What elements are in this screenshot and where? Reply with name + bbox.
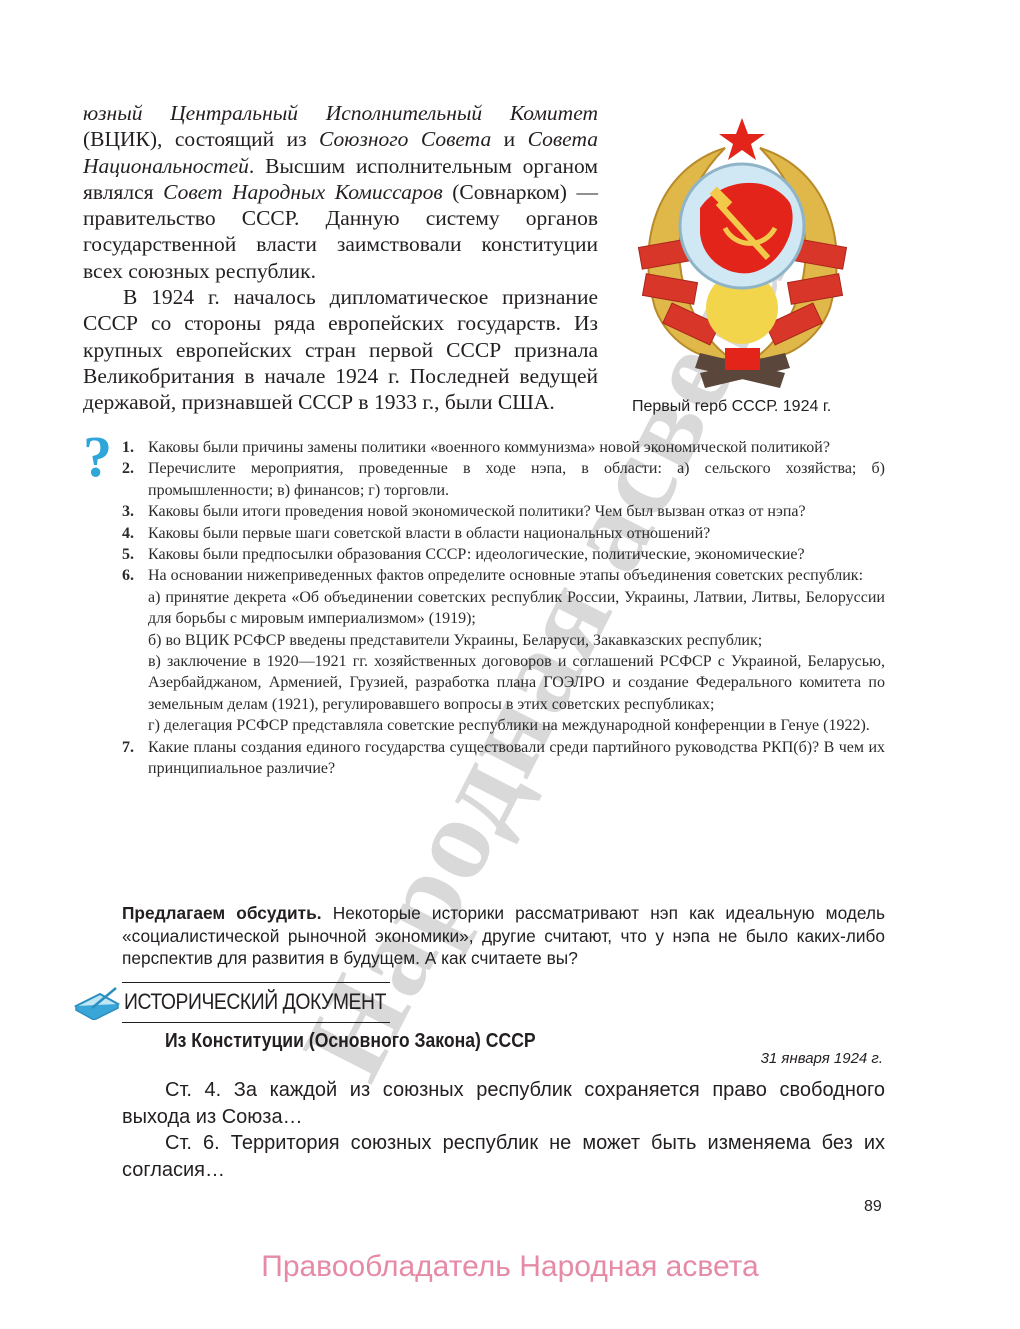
discussion-paragraph: Предлагаем обсудить. Некоторые историки … <box>122 902 885 970</box>
question-text: Какие планы создания единого государства… <box>148 739 885 777</box>
question-subitem: б) во ВЦИК РСФСР введены представители У… <box>148 630 885 651</box>
italic-term: Совет Народных Комиссаров <box>163 180 443 204</box>
discussion-lead: Предлагаем обсудить. <box>122 903 322 923</box>
historical-document-header: ИСТОРИЧЕСКИЙ ДОКУМЕНТ <box>72 982 392 1024</box>
question-number: 6. <box>122 565 134 586</box>
question-mark-icon: ? <box>83 428 112 486</box>
paragraph-2: В 1924 г. началось дипломатическое призн… <box>83 284 598 415</box>
question-item: 4.Каковы были первые шаги советской влас… <box>122 523 885 544</box>
italic-term: Союзного Совета <box>319 127 491 151</box>
question-text: Каковы были предпосылки образования СССР… <box>148 546 805 563</box>
question-item: 6.На основании нижеприведенных фактов оп… <box>122 565 885 736</box>
document-pen-icon <box>72 986 124 1020</box>
question-item: 7.Какие планы создания единого государст… <box>122 737 885 780</box>
page-number: 89 <box>864 1198 882 1216</box>
question-number: 2. <box>122 458 134 479</box>
document-date: 31 января 1924 г. <box>761 1050 883 1067</box>
document-body: Ст. 4. За каждой из союзных республик со… <box>122 1077 885 1183</box>
italic-term: юзный Центральный Исполнительный Комитет <box>83 101 598 125</box>
question-subitem: г) делегация РСФСР представляла советски… <box>148 715 885 736</box>
emblem-icon <box>630 108 855 393</box>
divider-bottom <box>122 1022 390 1023</box>
question-text: Каковы были первые шаги советской власти… <box>148 525 710 542</box>
question-text: Перечислите мероприятия, проведенные в х… <box>148 460 885 498</box>
paragraph-1: юзный Центральный Исполнительный Комитет… <box>83 100 598 284</box>
question-text: Каковы были причины замены политики «вое… <box>148 439 830 456</box>
question-text: На основании нижеприведенных фактов опре… <box>148 567 863 584</box>
ussr-emblem-image <box>630 108 855 393</box>
divider-top <box>122 982 390 983</box>
question-number: 4. <box>122 523 134 544</box>
question-text: Каковы были итоги проведения новой эконо… <box>148 503 806 520</box>
question-number: 3. <box>122 501 134 522</box>
questions-list: 1.Каковы были причины замены политики «в… <box>122 437 885 780</box>
figure-caption: Первый герб СССР. 1924 г. <box>632 398 831 416</box>
question-subitem: в) заключение в 1920—1921 гг. хозяйствен… <box>148 651 885 715</box>
copyright-footer: Правообладатель Народная асвета <box>0 1250 1020 1284</box>
question-number: 1. <box>122 437 134 458</box>
main-text: юзный Центральный Исполнительный Комитет… <box>83 100 598 416</box>
document-title: Из Конституции (Основного Закона) СССР <box>165 1030 536 1053</box>
article-6: Ст. 6. Территория союзных республик не м… <box>122 1130 885 1183</box>
question-number: 5. <box>122 544 134 565</box>
question-number: 7. <box>122 737 134 758</box>
question-item: 2.Перечислите мероприятия, проведенные в… <box>122 458 885 501</box>
text-run: (ВЦИК), состоящий из <box>83 127 319 151</box>
text-run: и <box>491 127 527 151</box>
question-item: 5.Каковы были предпосылки образования СС… <box>122 544 885 565</box>
question-item: 3.Каковы были итоги проведения новой эко… <box>122 501 885 522</box>
question-item: 1.Каковы были причины замены политики «в… <box>122 437 885 458</box>
section-label: ИСТОРИЧЕСКИЙ ДОКУМЕНТ <box>124 989 386 1015</box>
article-4: Ст. 4. За каждой из союзных республик со… <box>122 1077 885 1130</box>
question-subitem: а) принятие декрета «Об объединении сове… <box>148 587 885 630</box>
